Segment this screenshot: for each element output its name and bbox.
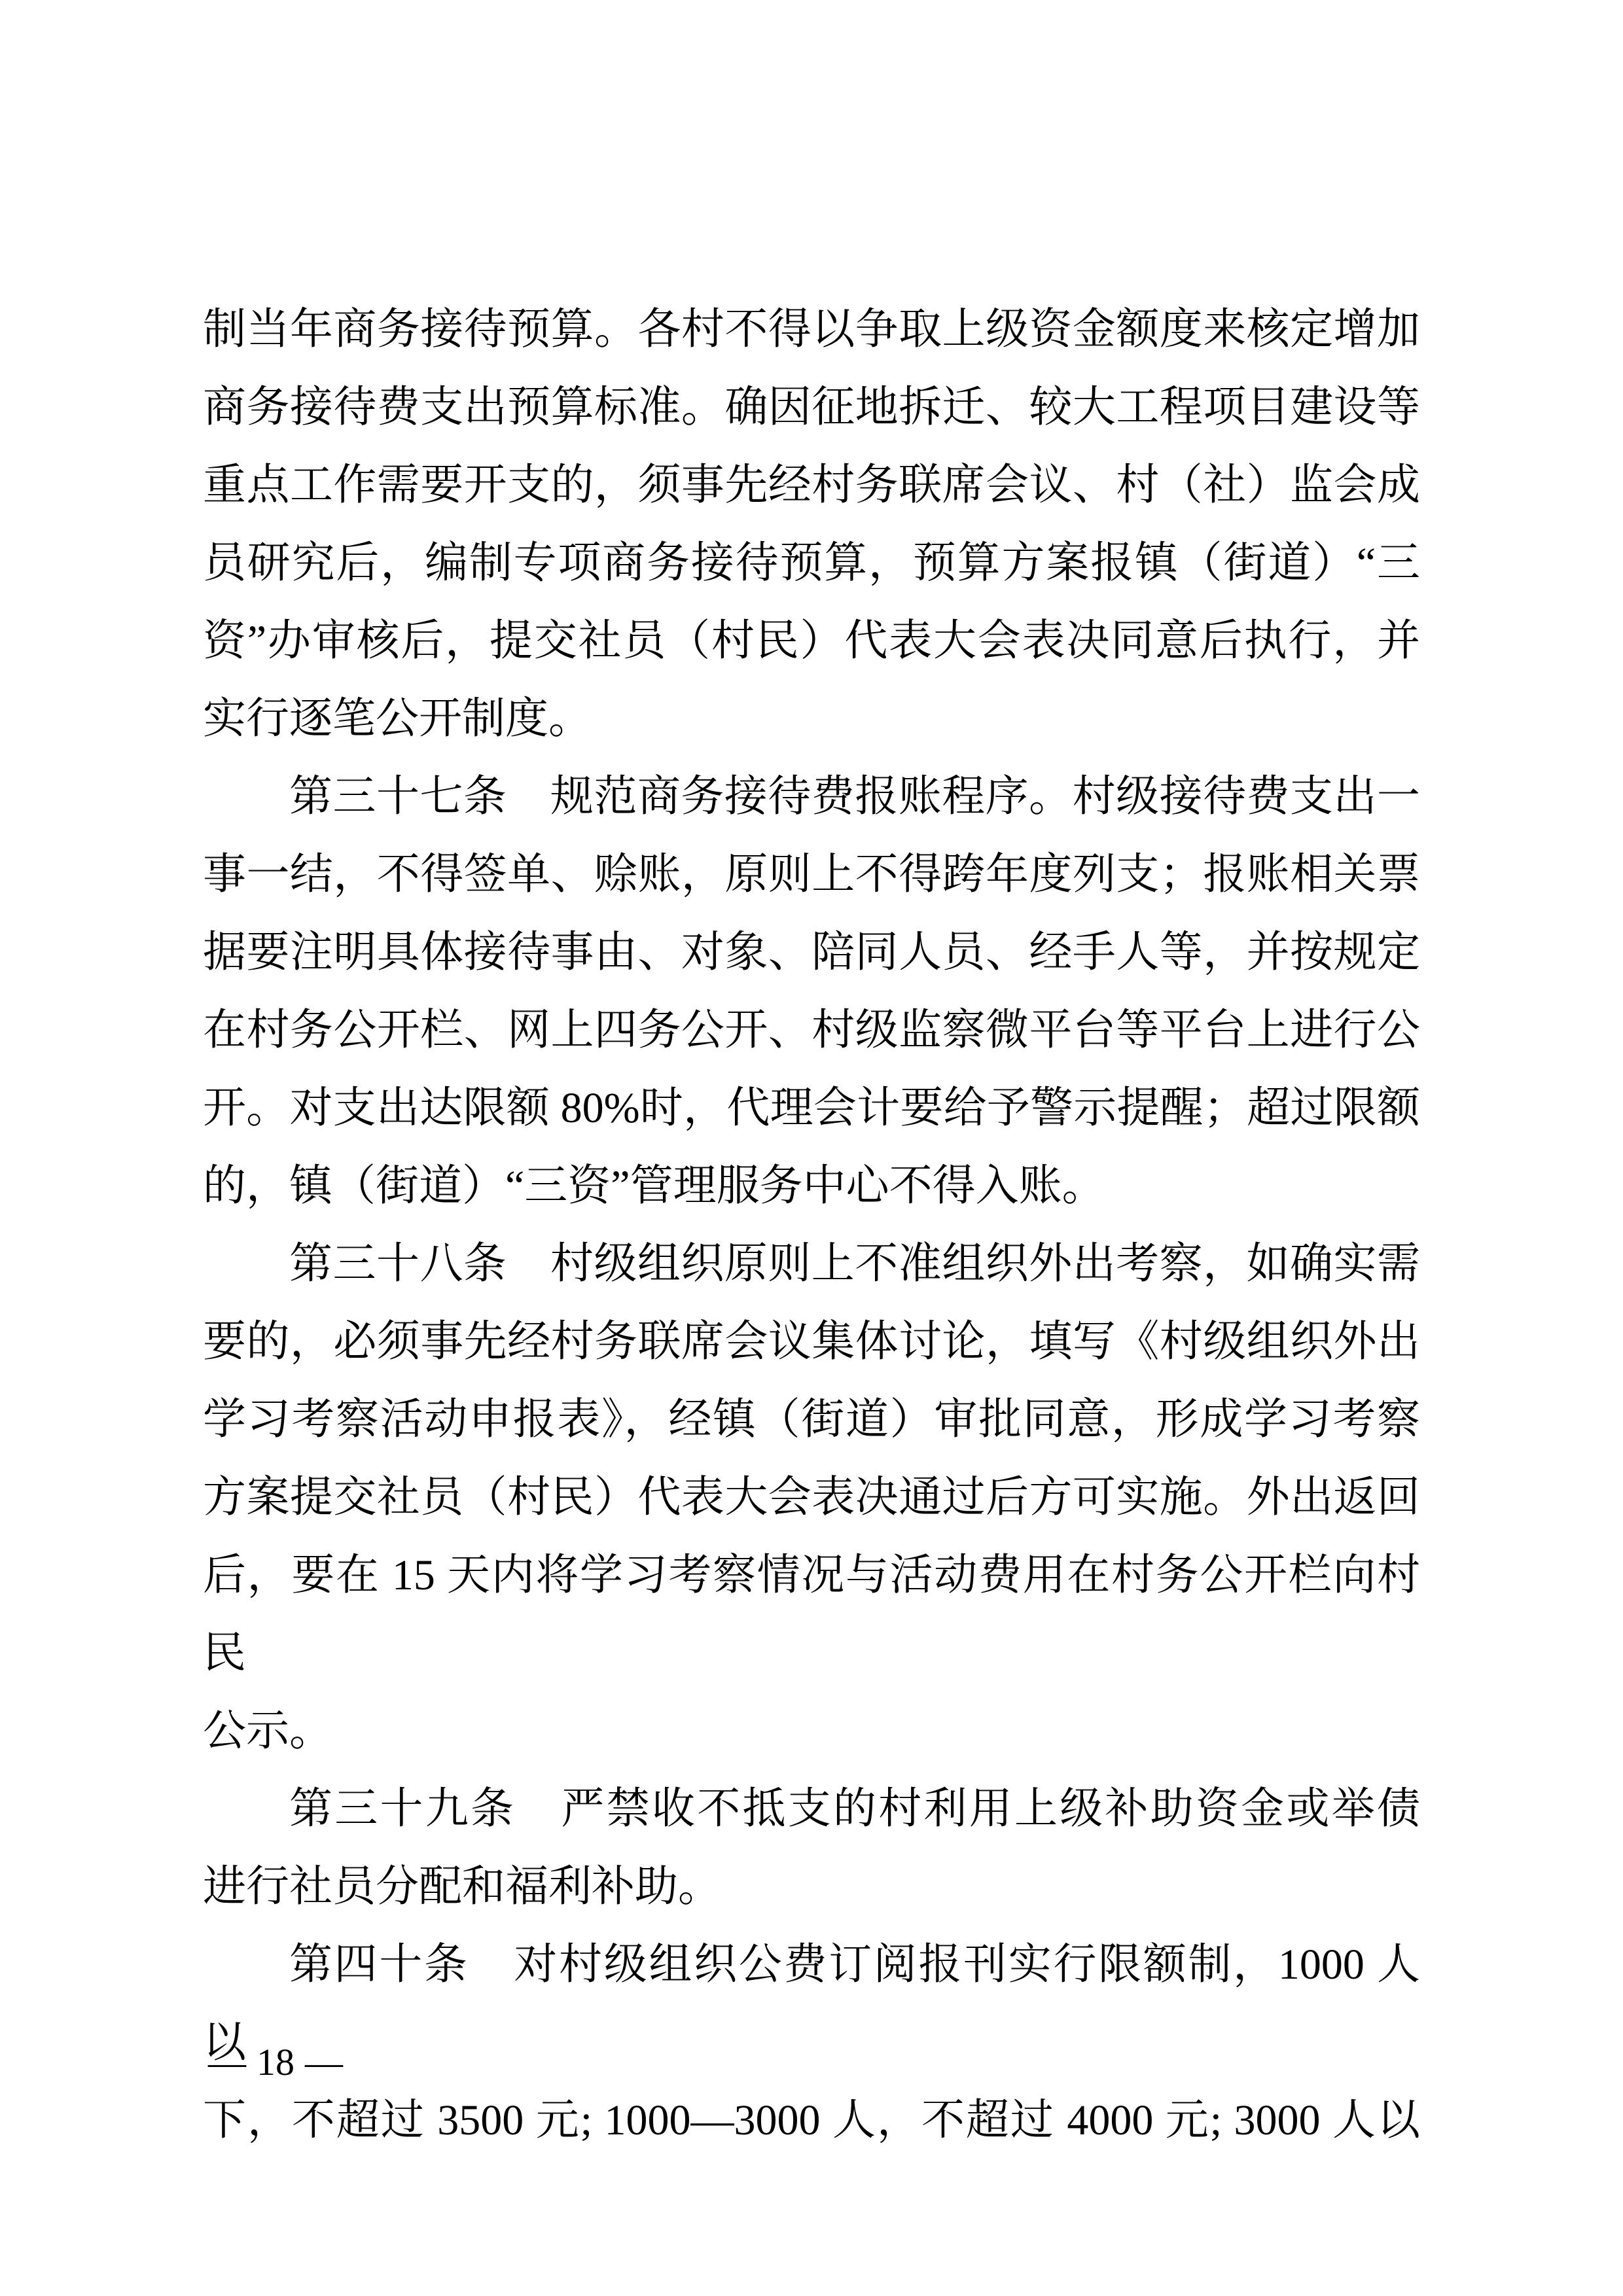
footer-dash-left: —: [208, 2041, 246, 2083]
article-40-heading-line: 第四十条 对村级组织公费订阅报刊实行限额制，1000 人以: [203, 1926, 1420, 2081]
text-line: 实行逐笔公开制度。: [203, 680, 1420, 758]
text-line: 要的，必须事先经村务联席会议集体讨论，填写《村级组织外出: [203, 1303, 1420, 1381]
text-line: 进行社员分配和福利补助。: [203, 1848, 1420, 1926]
text-line: 学习考察活动申报表》，经镇（街道）审批同意，形成学习考察: [203, 1381, 1420, 1458]
footer-dash-right: —: [305, 2041, 343, 2083]
text-line: 员研究后，编制专项商务接待预算，预算方案报镇（街道）“三: [203, 524, 1420, 602]
page-footer: —18—: [208, 2036, 343, 2089]
text-line: 资”办审核后，提交社员（村民）代表大会表决同意后执行，并: [203, 602, 1420, 680]
article-39-heading-line: 第三十九条 严禁收不抵支的村利用上级补助资金或举债: [203, 1770, 1420, 1848]
article-38-heading-line: 第三十八条 村级组织原则上不准组织外出考察，如确实需: [203, 1225, 1420, 1303]
text-line: 下，不超过 3500 元; 1000—3000 人，不超过 4000 元; 30…: [203, 2081, 1420, 2159]
article-37-heading-line: 第三十七条 规范商务接待费报账程序。村级接待费支出一: [203, 758, 1420, 836]
text-line: 公示。: [203, 1692, 1420, 1770]
text-line: 事一结，不得签单、赊账，原则上不得跨年度列支；报账相关票: [203, 836, 1420, 913]
text-line: 重点工作需要开支的，须事先经村务联席会议、村（社）监会成: [203, 446, 1420, 524]
text-line: 制当年商务接待预算。各村不得以争取上级资金额度来核定增加: [203, 291, 1420, 368]
text-line: 的，镇（街道）“三资”管理服务中心不得入账。: [203, 1147, 1420, 1225]
text-block: 制当年商务接待预算。各村不得以争取上级资金额度来核定增加 商务接待费支出预算标准…: [203, 291, 1420, 2159]
document-page: 制当年商务接待预算。各村不得以争取上级资金额度来核定增加 商务接待费支出预算标准…: [0, 0, 1623, 2296]
text-line: 据要注明具体接待事由、对象、陪同人员、经手人等，并按规定: [203, 913, 1420, 991]
text-line: 在村务公开栏、网上四务公开、村级监察微平台等平台上进行公: [203, 991, 1420, 1069]
text-line: 开。对支出达限额 80%时，代理会计要给予警示提醒；超过限额: [203, 1069, 1420, 1147]
text-line: 方案提交社员（村民）代表大会表决通过后方可实施。外出返回: [203, 1458, 1420, 1536]
page-number: 18: [257, 2041, 294, 2083]
text-line: 商务接待费支出预算标准。确因征地拆迁、较大工程项目建设等: [203, 368, 1420, 446]
text-line: 后，要在 15 天内将学习考察情况与活动费用在村务公开栏向村民: [203, 1536, 1420, 1692]
